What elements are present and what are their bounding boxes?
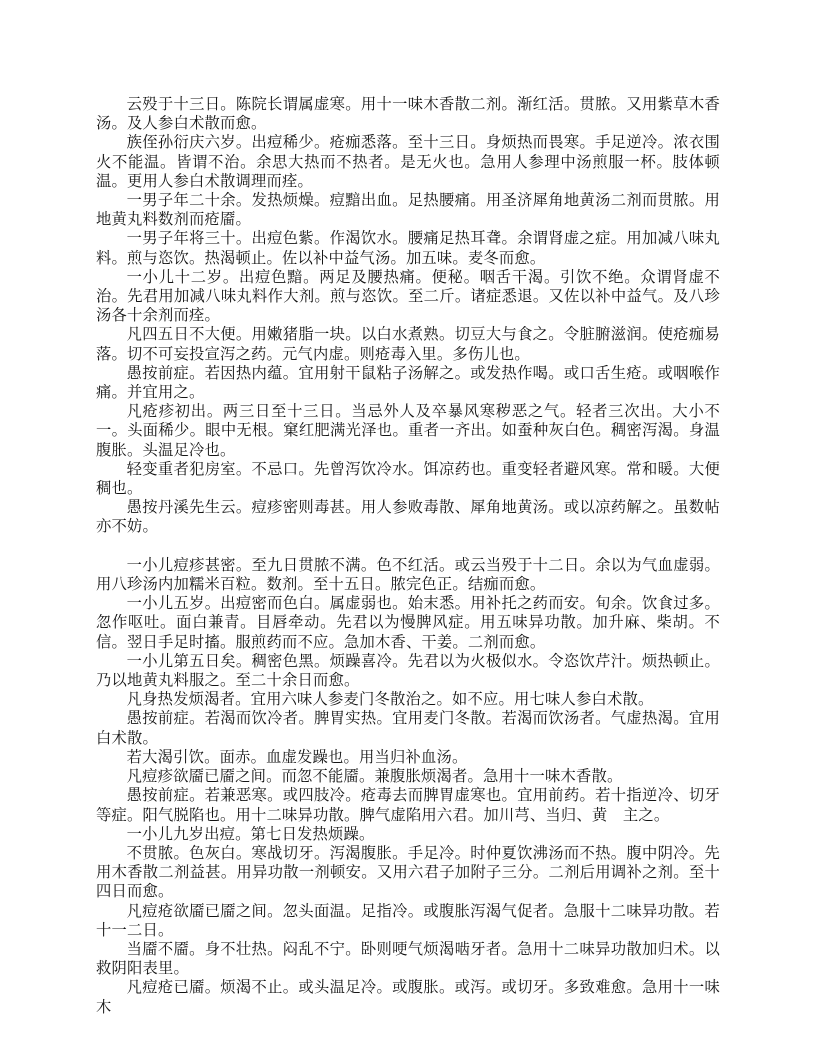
paragraph: 凡四五日不大便。用嫩猪脂一块。以白水煮熟。切豆大与食之。令脏腑滋润。使疮痂易落。…	[96, 325, 720, 363]
paragraph: 一男子年二十余。发热烦燥。痘黯出血。足热腰痛。用圣济犀角地黄汤二剂而贯脓。用地黄…	[96, 191, 720, 229]
paragraph: 一小儿第五日矣。稠密色黑。烦躁喜冷。先君以为火极似水。令恣饮芹汁。烦热顿止。乃以…	[96, 652, 720, 690]
paragraph: 一小儿五岁。出痘密而色白。属虚弱也。始末悉。用补托之药而安。旬余。饮食过多。忽作…	[96, 594, 720, 652]
paragraph: 若大渴引饮。面赤。血虚发躁也。用当归补血汤。	[96, 748, 720, 767]
document-body: 云殁于十三日。陈院长谓属虚寒。用十一味木香散二剂。渐红活。贯脓。又用紫草木香汤。…	[96, 95, 720, 1017]
paragraph: 不贯脓。色灰白。寒战切牙。泻渴腹胀。手足冷。时仲夏饮沸汤而不热。腹中阴冷。先用木…	[96, 844, 720, 902]
section-1: 云殁于十三日。陈院长谓属虚寒。用十一味木香散二剂。渐红活。贯脓。又用紫草木香汤。…	[96, 95, 720, 537]
paragraph: 云殁于十三日。陈院长谓属虚寒。用十一味木香散二剂。渐红活。贯脓。又用紫草木香汤。…	[96, 95, 720, 133]
paragraph: 愚按前症。若兼恶寒。或四肢冷。疮毒去而脾胃虚寒也。宜用前药。若十指逆冷、切牙等症…	[96, 786, 720, 824]
paragraph: 族侄孙衍庆六岁。出痘稀少。疮痂悉落。至十三日。身烦热而畏寒。手足逆冷。浓衣围火不…	[96, 133, 720, 191]
paragraph: 一小儿九岁出痘。第七日发热烦躁。	[96, 825, 720, 844]
paragraph: 愚按前症。若渴而饮冷者。脾胃实热。宜用麦门冬散。若渴而饮汤者。气虚热渴。宜用白术…	[96, 709, 720, 747]
paragraph: 凡疮疹初出。两三日至十三日。当忌外人及卒暴风寒秽恶之气。轻者三次出。大小不一。头…	[96, 402, 720, 460]
paragraph: 轻变重者犯房室。不忌口。先曾泻饮冷水。饵凉药也。重变轻者避风寒。常和暖。大便稠也…	[96, 460, 720, 498]
paragraph: 愚按丹溪先生云。痘疹密则毒甚。用人参败毒散、犀角地黄汤。或以凉药解之。虽数帖亦不…	[96, 498, 720, 536]
paragraph: 一小儿痘疹甚密。至九日贯脓不满。色不红活。或云当殁于十二日。余以为气血虚弱。用八…	[96, 556, 720, 594]
section-2: 一小儿痘疹甚密。至九日贯脓不满。色不红活。或云当殁于十二日。余以为气血虚弱。用八…	[96, 556, 720, 1017]
paragraph: 凡痘疮已靥。烦渴不止。或头温足冷。或腹胀。或泻。或切牙。多致难愈。急用十一味木	[96, 978, 720, 1016]
paragraph: 当靥不靥。身不壮热。闷乱不宁。卧则哽气烦渴啮牙者。急用十二味异功散加归术。以救阴…	[96, 940, 720, 978]
paragraph: 凡身热发烦渴者。宜用六味人参麦门冬散治之。如不应。用七味人参白术散。	[96, 690, 720, 709]
paragraph: 凡痘疹欲靥已靥之间。而忽不能靥。兼腹胀烦渴者。急用十一味木香散。	[96, 767, 720, 786]
paragraph: 一小儿十二岁。出痘色黯。两足及腰热痛。便秘。咽舌干渴。引饮不绝。众谓肾虚不治。先…	[96, 268, 720, 326]
paragraph: 愚按前症。若因热内蕴。宜用射干鼠粘子汤解之。或发热作喝。或口舌生疮。或咽喉作痛。…	[96, 364, 720, 402]
paragraph: 凡痘疮欲靥已靥之间。忽头面温。足指冷。或腹胀泻渴气促者。急服十二味异功散。若十一…	[96, 902, 720, 940]
document-page: 云殁于十三日。陈院长谓属虚寒。用十一味木香散二剂。渐红活。贯脓。又用紫草木香汤。…	[0, 0, 816, 1056]
paragraph: 一男子年将三十。出痘色紫。作渴饮水。腰痛足热耳聋。余谓肾虚之症。用加减八味丸料。…	[96, 229, 720, 267]
